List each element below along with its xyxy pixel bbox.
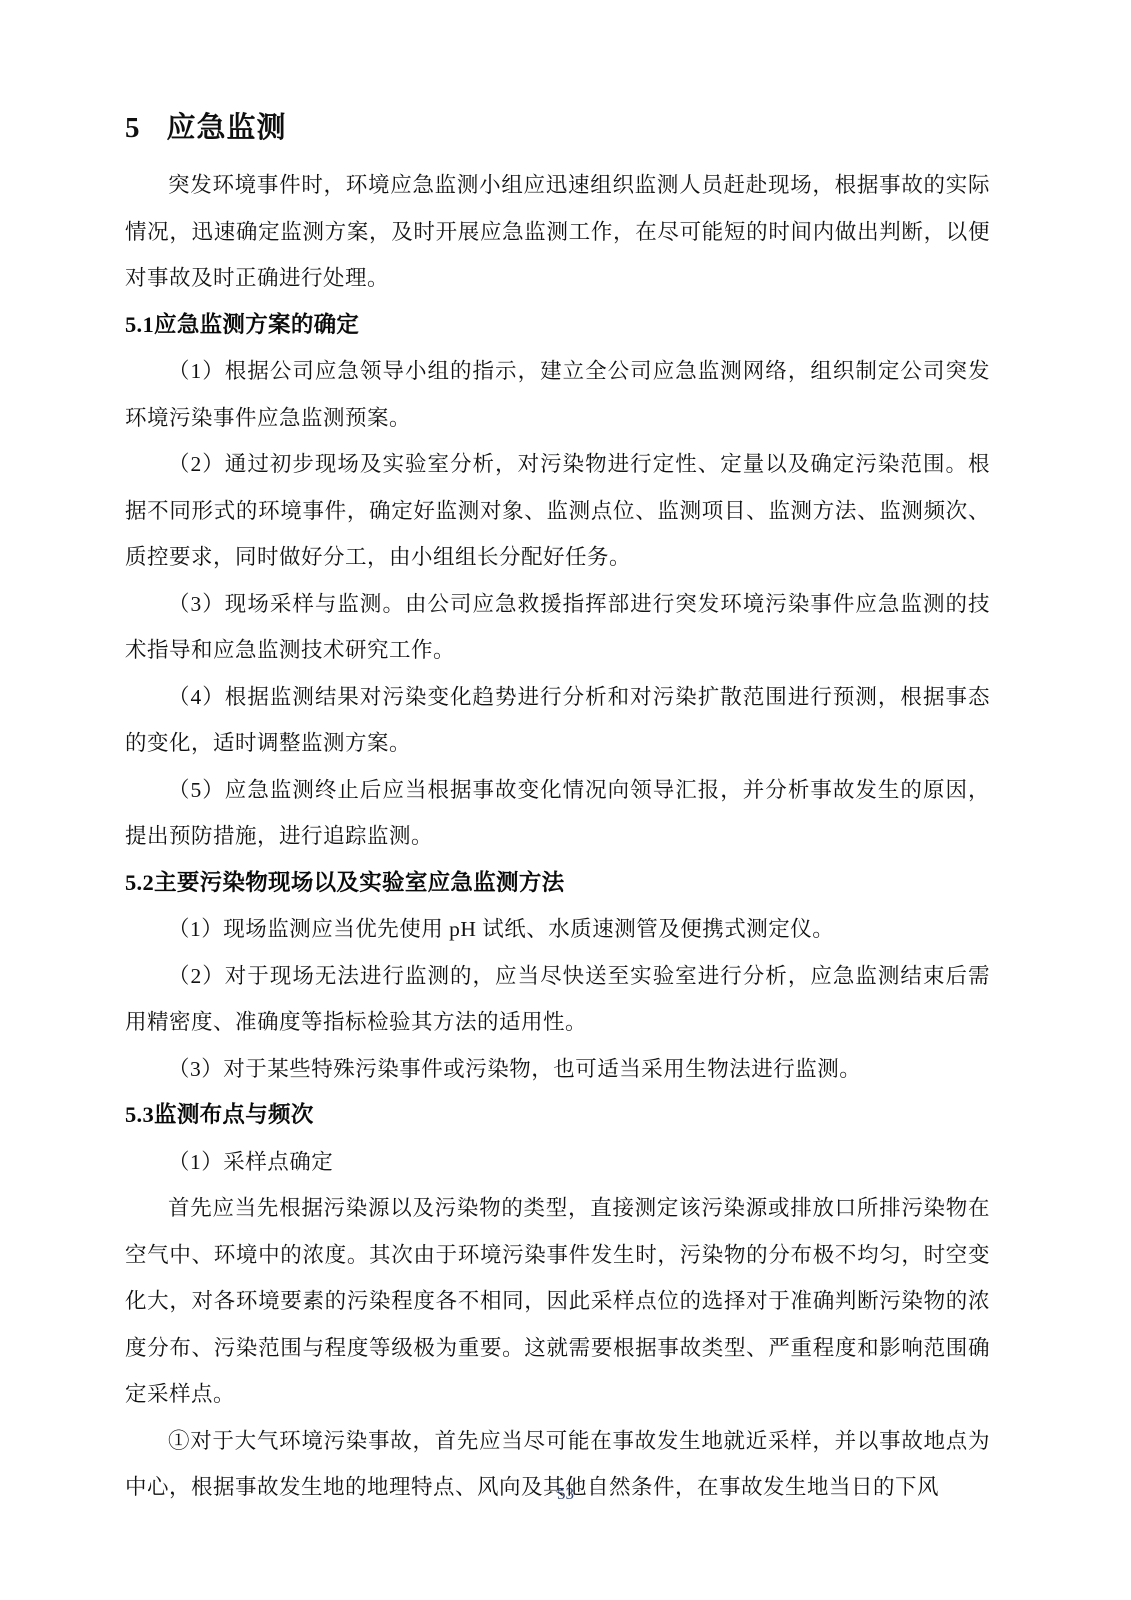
section-heading-5-1: 5.1应急监测方案的确定: [125, 302, 990, 349]
section-heading-5-3: 5.3监测布点与频次: [125, 1092, 990, 1139]
paragraph: （2）对于现场无法进行监测的，应当尽快送至实验室进行分析，应急监测结束后需用精密…: [125, 953, 990, 1046]
chapter-number: 5: [125, 112, 141, 144]
paragraph: 首先应当先根据污染源以及污染物的类型，直接测定该污染源或排放口所排污染物在空气中…: [125, 1185, 990, 1418]
paragraph: （1）根据公司应急领导小组的指示，建立全公司应急监测网络，组织制定公司突发环境污…: [125, 348, 990, 441]
document-body: 突发环境事件时，环境应急监测小组应迅速组织监测人员赶赴现场，根据事故的实际情况，…: [125, 162, 990, 1511]
paragraph: （3）对于某些特殊污染事件或污染物，也可适当采用生物法进行监测。: [125, 1046, 990, 1093]
paragraph: （1）现场监测应当优先使用 pH 试纸、水质速测管及便携式测定仪。: [125, 906, 990, 953]
chapter-title: 应急监测: [167, 112, 287, 144]
paragraph: （2）通过初步现场及实验室分析，对污染物进行定性、定量以及确定污染范围。根据不同…: [125, 441, 990, 581]
document-page: 5应急监测 突发环境事件时，环境应急监测小组应迅速组织监测人员赶赴现场，根据事故…: [0, 0, 1131, 1600]
paragraph: （3）现场采样与监测。由公司应急救援指挥部进行突发环境污染事件应急监测的技术指导…: [125, 581, 990, 674]
paragraph: （5）应急监测终止后应当根据事故变化情况向领导汇报，并分析事故发生的原因，提出预…: [125, 767, 990, 860]
paragraph: （4）根据监测结果对污染变化趋势进行分析和对污染扩散范围进行预测，根据事态的变化…: [125, 674, 990, 767]
intro-paragraph: 突发环境事件时，环境应急监测小组应迅速组织监测人员赶赴现场，根据事故的实际情况，…: [125, 162, 990, 302]
chapter-heading: 5应急监测: [125, 108, 990, 148]
page-number: 53: [0, 1484, 1131, 1504]
section-heading-5-2: 5.2主要污染物现场以及实验室应急监测方法: [125, 860, 990, 907]
paragraph: （1）采样点确定: [125, 1139, 990, 1186]
